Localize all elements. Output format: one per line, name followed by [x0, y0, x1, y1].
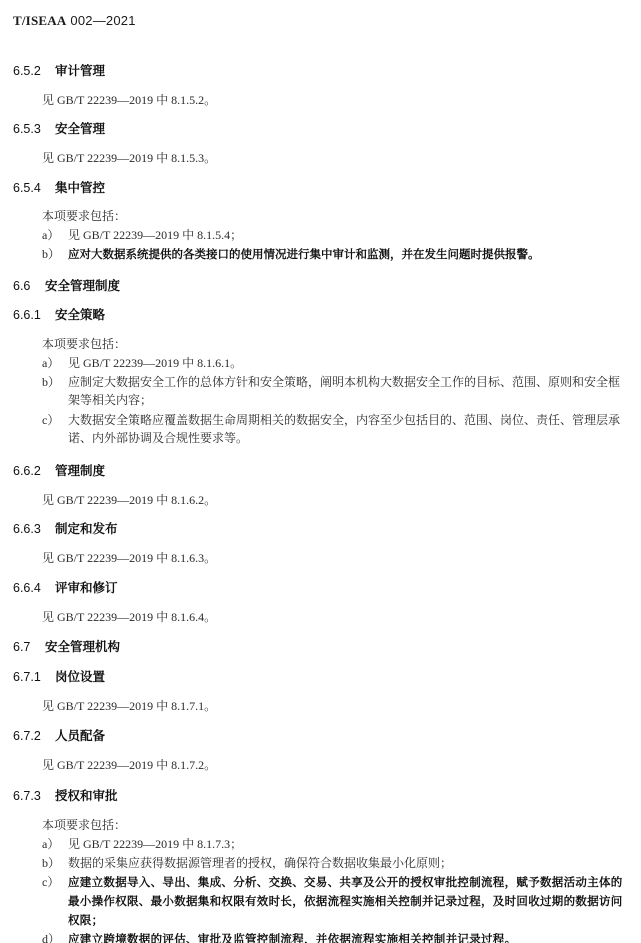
- section-text-6-6-4: 见 GB/T 22239—2019 中 8.1.6.4。: [42, 608, 216, 625]
- section-heading-6-6-1: 6.6.1安全策略: [13, 305, 105, 323]
- section-text-6-6-3: 见 GB/T 22239—2019 中 8.1.6.3。: [42, 549, 216, 566]
- section-text-6-7-2: 见 GB/T 22239—2019 中 8.1.7.2。: [42, 756, 216, 773]
- standard-prefix: T/ISEAA: [13, 13, 66, 28]
- section-heading-6-7-2: 6.7.2人员配备: [13, 726, 105, 744]
- section-heading-6-5-2: 6.5.2审计管理: [13, 61, 105, 79]
- section-heading-6-7-1: 6.7.1岗位设置: [13, 667, 105, 685]
- section-text-6-5-2: 见 GB/T 22239—2019 中 8.1.5.2。: [42, 91, 216, 108]
- section-heading-6-6-4: 6.6.4评审和修订: [13, 578, 118, 596]
- section-intro-6-6-1: 本项要求包括：: [42, 335, 126, 352]
- section-intro-6-7-3: 本项要求包括：: [42, 816, 126, 833]
- section-heading-6-7-3: 6.7.3授权和审批: [13, 786, 118, 804]
- section-heading-6-7: 6.7安全管理机构: [13, 637, 120, 655]
- section-text-6-5-3: 见 GB/T 22239—2019 中 8.1.5.3。: [42, 149, 216, 166]
- section-heading-6-6-3: 6.6.3制定和发布: [13, 519, 118, 537]
- section-heading-6-5-4: 6.5.4集中管控: [13, 178, 105, 196]
- standard-number: 002—2021: [70, 13, 135, 28]
- section-text-6-6-2: 见 GB/T 22239—2019 中 8.1.6.2。: [42, 491, 216, 508]
- section-text-6-7-1: 见 GB/T 22239—2019 中 8.1.7.1。: [42, 697, 216, 714]
- section-heading-6-6-2: 6.6.2管理制度: [13, 461, 105, 479]
- section-heading-6-5-3: 6.5.3安全管理: [13, 119, 105, 137]
- section-intro-6-5-4: 本项要求包括：: [42, 207, 126, 224]
- standard-code: T/ISEAA002—2021: [13, 13, 136, 29]
- section-heading-6-6: 6.6安全管理制度: [13, 276, 120, 294]
